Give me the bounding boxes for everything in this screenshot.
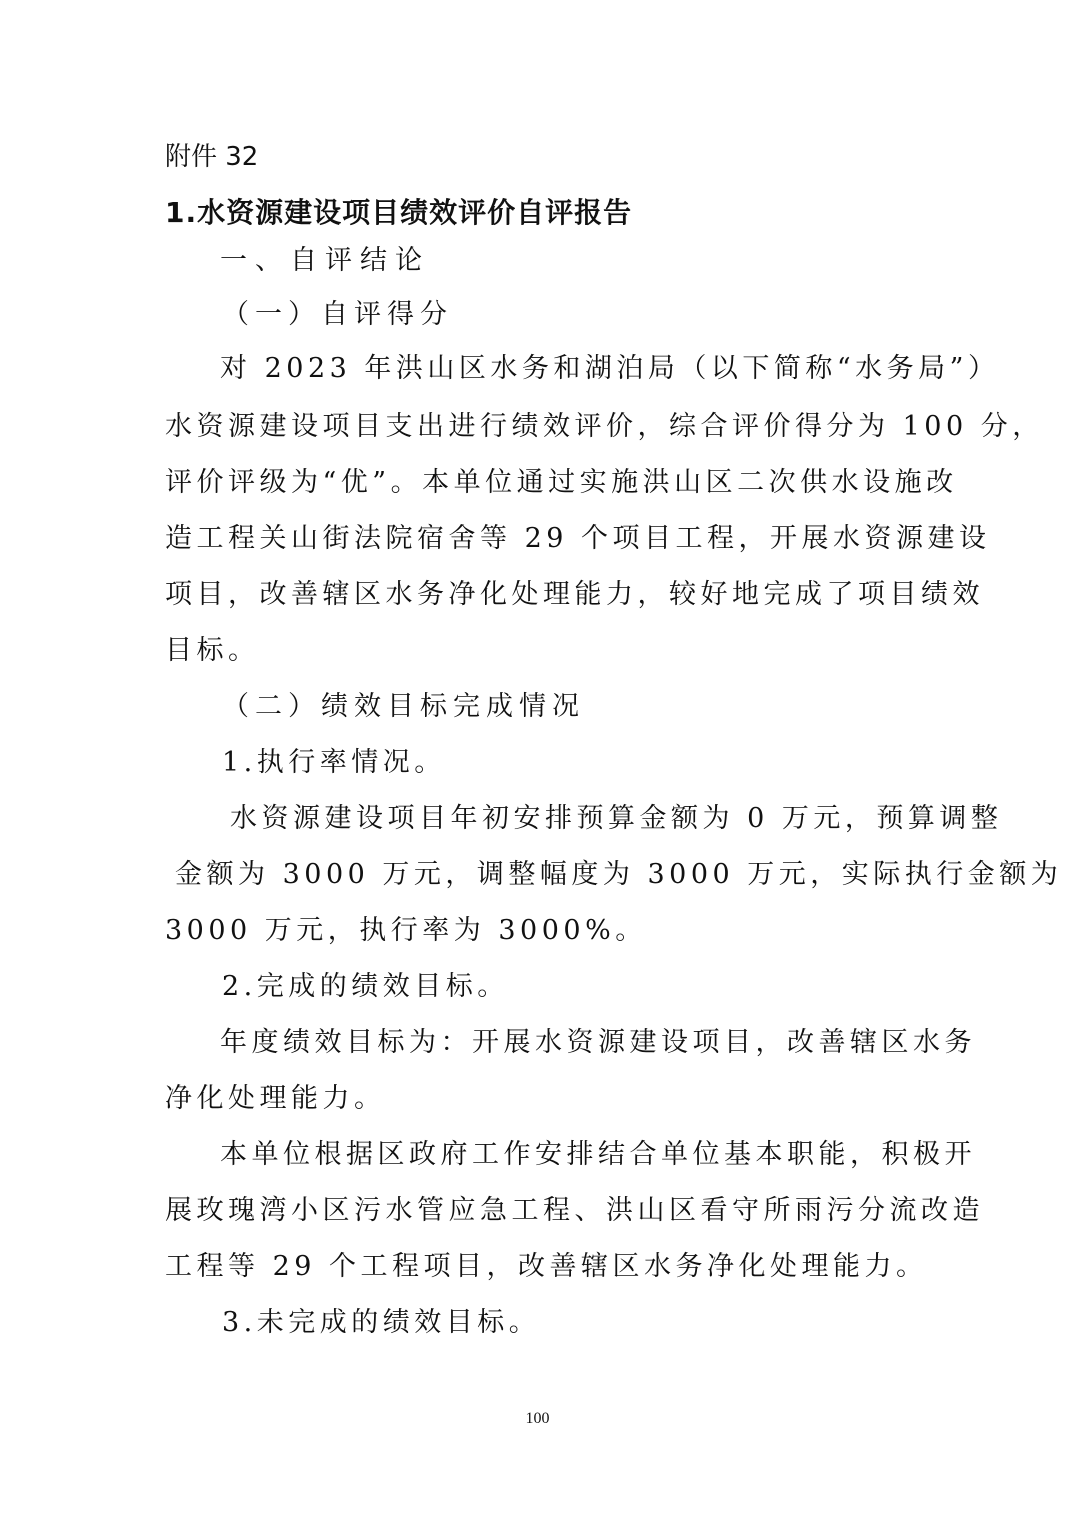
score-paragraph-line: 对 2023 年洪山区水务和湖泊局（以下简称“水务局”） [220,352,999,386]
report-title: 1.水资源建设项目绩效评价自评报告 [165,196,632,230]
score-paragraph-line: 项目，改善辖区水务净化处理能力，较好地完成了项目绩效 [165,578,984,612]
subsection-heading-goals: （二）绩效目标完成情况 [222,690,585,724]
work-paragraph-line: 工程等 29 个工程项目，改善辖区水务净化处理能力。 [165,1250,928,1284]
work-paragraph-line: 展玫瑰湾小区污水管应急工程、洪山区看守所雨污分流改造 [165,1194,984,1228]
item-heading-completed: 2.完成的绩效目标。 [222,970,509,1004]
attachment-label: 附件 32 [165,140,258,174]
execution-paragraph-line: 水资源建设项目年初安排预算金额为 0 万元，预算调整 [230,802,1002,836]
annual-goal-line: 净化处理能力。 [165,1082,386,1116]
score-paragraph-line: 评价评级为“优”。本单位通过实施洪山区二次供水设施改 [165,466,958,500]
execution-paragraph-line: 金额为 3000 万元，调整幅度为 3000 万元，实际执行金额为 [175,858,1062,892]
page-number: 100 [0,1410,1075,1428]
score-paragraph-line: 水资源建设项目支出进行绩效评价，综合评价得分为 100 分， [165,410,1044,444]
item-heading-uncompleted: 3.未完成的绩效目标。 [222,1306,540,1340]
subsection-heading-score: （一）自评得分 [222,298,453,332]
execution-paragraph-line: 3000 万元，执行率为 3000%。 [165,914,647,948]
score-paragraph-line: 造工程关山街法院宿舍等 29 个项目工程，开展水资源建设 [165,522,991,556]
work-paragraph-line: 本单位根据区政府工作安排结合单位基本职能，积极开 [220,1138,976,1172]
annual-goal-line: 年度绩效目标为：开展水资源建设项目，改善辖区水务 [220,1026,976,1060]
score-paragraph-line: 目标。 [165,634,260,668]
section-heading-conclusion: 一、自评结论 [220,244,430,278]
item-heading-execution: 1.执行率情况。 [222,746,446,780]
